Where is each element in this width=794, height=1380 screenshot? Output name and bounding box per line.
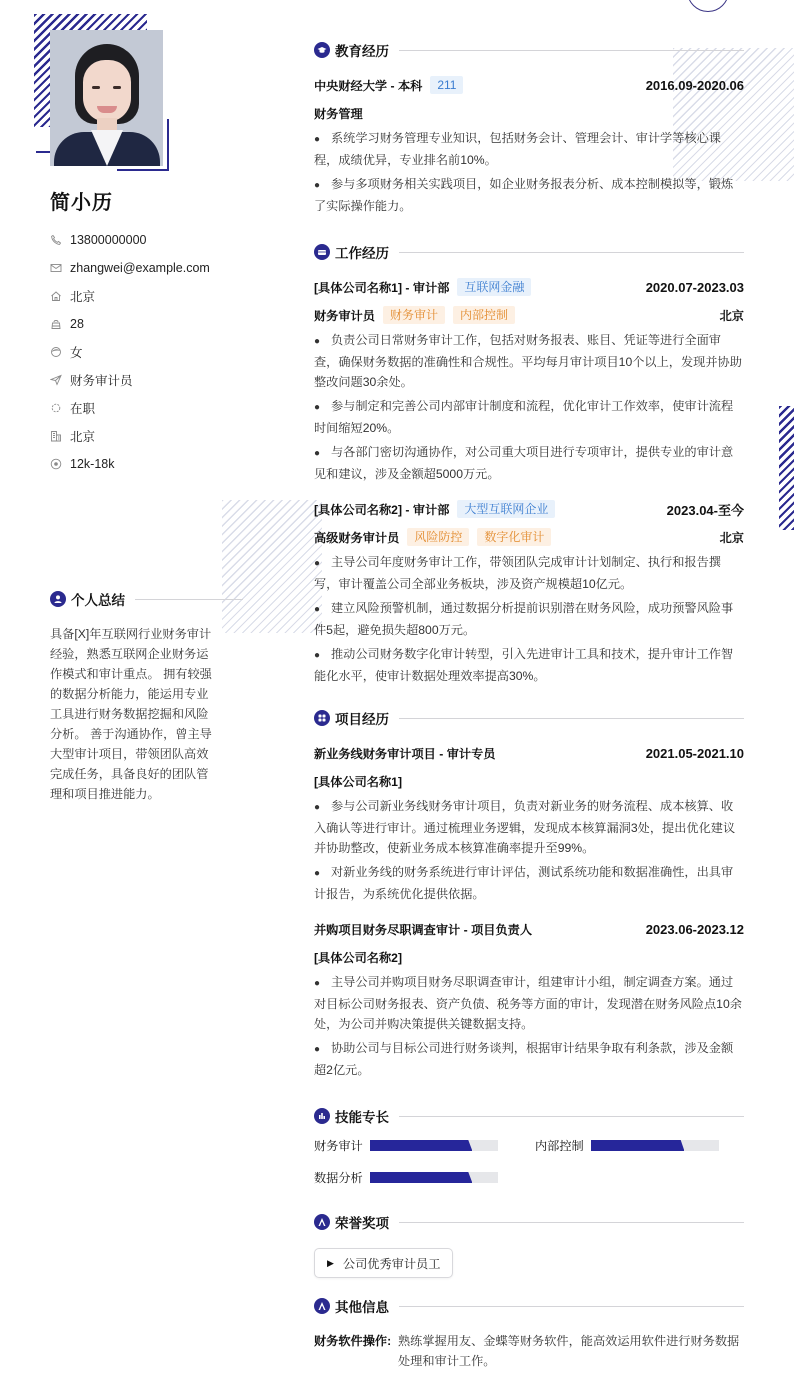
project-company: [具体公司名称1] (314, 773, 402, 790)
list-item: ●建立风险预警机制，通过数据分析提前识别潜在财务风险，成功预警风险事件5起，避免… (314, 598, 744, 640)
job-location: 北京 (720, 529, 744, 546)
info-location: 北京 (50, 282, 250, 310)
list-item: ●主导公司年度财务审计工作，带领团队完成审计计划制定、执行和报告撰写，审计覆盖公… (314, 552, 744, 594)
major: 财务管理 (314, 105, 363, 122)
age-icon (50, 318, 62, 330)
avatar-block (34, 14, 174, 174)
building-icon (50, 430, 62, 442)
user-icon (50, 591, 66, 607)
grid-icon (314, 710, 330, 726)
bar-chart-icon (314, 1108, 330, 1124)
project-name: 并购项目财务尽职调查审计 - 项目负责人 (314, 921, 532, 938)
section-header-education: 教育经历 (314, 39, 744, 61)
skill-item: 内部控制 (535, 1137, 719, 1154)
section-divider (399, 252, 744, 253)
section-divider (399, 1222, 744, 1223)
project-date: 2023.06-2023.12 (646, 922, 744, 937)
education-bullets: ●系统学习财务管理专业知识，包括财务会计、管理会计、审计学等核心课程，成绩优异，… (314, 128, 744, 216)
section-skills: 技能专长 财务审计 内部控制 数据分析 (314, 1105, 744, 1201)
award-icon (314, 1298, 330, 1314)
section-header-skills: 技能专长 (314, 1105, 744, 1127)
company-name: [具体公司名称2] - 审计部 (314, 501, 449, 518)
info-age: 28 (50, 310, 250, 338)
project-entry: 并购项目财务尽职调查审计 - 项目负责人 2023.06-2023.12 [具体… (314, 918, 744, 1080)
list-item: ●系统学习财务管理专业知识，包括财务会计、管理会计、审计学等核心课程，成绩优异，… (314, 128, 744, 170)
phone-icon (50, 234, 62, 246)
job-role: 高级财务审计员 (314, 529, 399, 546)
school-tag: 211 (430, 76, 463, 94)
home-icon (50, 290, 62, 302)
skill-progress-bar (370, 1172, 498, 1183)
decorative-circle (687, 0, 729, 12)
list-item: ●参与公司新业务线财务审计项目，负责对新业务的财务流程、成本核算、收入确认等进行… (314, 796, 744, 858)
education-header-row: 中央财经大学 - 本科 211 2016.09-2020.06 (314, 74, 744, 96)
project-date: 2021.05-2021.10 (646, 746, 744, 761)
gender-icon (50, 346, 62, 358)
other-label: 财务软件操作: (314, 1331, 398, 1371)
list-item: ●参与多项财务相关实践项目，如企业财务报表分析、成本控制模拟等，锻炼了实际操作能… (314, 174, 744, 216)
section-header-work: 工作经历 (314, 241, 744, 263)
industry-tag: 互联网金融 (457, 278, 531, 296)
section-header-projects: 项目经历 (314, 707, 744, 729)
project-entry: 新业务线财务审计项目 - 审计专员 2021.05-2021.10 [具体公司名… (314, 742, 744, 904)
info-status: 在职 (50, 394, 250, 422)
salary-icon (50, 458, 62, 470)
company-name: [具体公司名称1] - 审计部 (314, 279, 449, 296)
skill-progress-bar (591, 1140, 719, 1151)
briefcase-icon (314, 244, 330, 260)
school-name: 中央财经大学 - 本科 (314, 77, 422, 94)
decorative-line (36, 151, 50, 153)
job-date: 2023.04-至今 (667, 500, 744, 519)
list-item: ●推动公司财务数字化审计转型，引入先进审计工具和技术，提升审计工作智能化水平，使… (314, 644, 744, 686)
job-location: 北京 (720, 307, 744, 324)
skill-tag: 财务审计 (383, 306, 445, 324)
info-job-title: 财务审计员 (50, 366, 250, 394)
job-role: 财务审计员 (314, 307, 375, 324)
avatar-photo (50, 30, 163, 166)
section-divider (399, 1116, 744, 1117)
education-major-row: 财务管理 (314, 102, 744, 124)
section-awards: 荣誉奖项 ▶ 公司优秀审计员工 (314, 1211, 744, 1278)
section-divider (399, 50, 744, 51)
info-email: zhangwei@example.com (50, 254, 250, 282)
section-education: 教育经历 中央财经大学 - 本科 211 2016.09-2020.06 财务管… (314, 39, 744, 216)
section-header-awards: 荣誉奖项 (314, 1211, 744, 1233)
list-item: ●参与制定和完善公司内部审计制度和流程，优化审计工作效率，使审计流程时间缩短20… (314, 396, 744, 438)
status-icon (50, 402, 62, 414)
section-divider (135, 599, 243, 600)
section-header-summary: 个人总结 (50, 588, 243, 610)
skill-tag: 风险防控 (407, 528, 469, 546)
project-company: [具体公司名称2] (314, 949, 402, 966)
section-projects: 项目经历 新业务线财务审计项目 - 审计专员 2021.05-2021.10 [… (314, 707, 744, 1080)
contact-info-list: 13800000000 zhangwei@example.com 北京 28 女… (50, 226, 250, 478)
job-entry: [具体公司名称1] - 审计部 互联网金融 2020.07-2023.03 财务… (314, 276, 744, 484)
job-date: 2020.07-2023.03 (646, 280, 744, 295)
section-other: 其他信息 财务软件操作: 熟练掌握用友、金蝶等财务软件，能高效运用软件进行财务数… (314, 1295, 744, 1371)
section-divider (399, 1306, 744, 1307)
info-city: 北京 (50, 422, 250, 450)
skill-tag: 数字化审计 (477, 528, 551, 546)
list-item: ●与各部门密切沟通协作，对公司重大项目进行专项审计，提供专业的审计意见和建议，涉… (314, 442, 744, 484)
decorative-stripes-dark (779, 406, 794, 530)
section-divider (399, 718, 744, 719)
industry-tag: 大型互联网企业 (457, 500, 555, 518)
candidate-name: 简小历 (50, 186, 113, 215)
decorative-stripes-light (222, 500, 322, 633)
triangle-right-icon: ▶ (327, 1258, 334, 1269)
mail-icon (50, 262, 62, 274)
list-item: ●协助公司与目标公司进行财务谈判，根据审计结果争取有利条款，涉及金额超2亿元。 (314, 1038, 744, 1080)
skill-progress-bar (370, 1140, 498, 1151)
info-gender: 女 (50, 338, 250, 366)
skill-tag: 内部控制 (453, 306, 515, 324)
send-icon (50, 374, 62, 386)
education-date: 2016.09-2020.06 (646, 78, 744, 93)
skill-item: 财务审计 (314, 1137, 498, 1154)
award-icon (314, 1214, 330, 1230)
award-item[interactable]: ▶ 公司优秀审计员工 (314, 1248, 453, 1278)
list-item: ●负责公司日常财务审计工作，包括对财务报表、账目、凭证等进行全面审查，确保财务数… (314, 330, 744, 392)
job-entry: [具体公司名称2] - 审计部 大型互联网企业 2023.04-至今 高级财务审… (314, 498, 744, 686)
info-phone: 13800000000 (50, 226, 250, 254)
section-header-other: 其他信息 (314, 1295, 744, 1317)
other-info-row: 财务软件操作: 熟练掌握用友、金蝶等财务软件，能高效运用软件进行财务数据处理和审… (314, 1331, 744, 1371)
section-work: 工作经历 [具体公司名称1] - 审计部 互联网金融 2020.07-2023.… (314, 241, 744, 686)
other-text: 熟练掌握用友、金蝶等财务软件，能高效运用软件进行财务数据处理和审计工作。 (398, 1331, 744, 1371)
project-name: 新业务线财务审计项目 - 审计专员 (314, 745, 495, 762)
list-item: ●对新业务线的财务系统进行审计评估，测试系统功能和数据准确性，出具审计报告，为系… (314, 862, 744, 904)
info-salary: 12k-18k (50, 450, 250, 478)
list-item: ●主导公司并购项目财务尽职调查审计，组建审计小组，制定调查方案。通过对目标公司财… (314, 972, 744, 1034)
graduation-cap-icon (314, 42, 330, 58)
summary-text: 具备[X]年互联网行业财务审计经验，熟悉互联网企业财务运作模式和审计重点。 拥有… (50, 624, 216, 804)
skill-item: 数据分析 (314, 1169, 498, 1186)
